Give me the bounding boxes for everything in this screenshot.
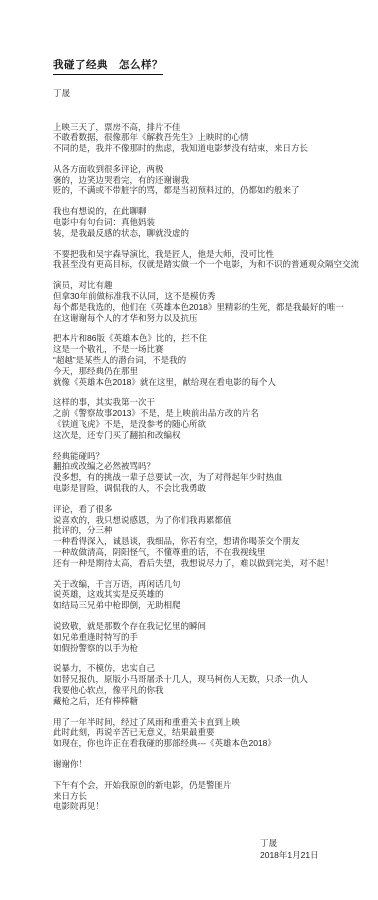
paragraph-line: 这次是，还专门买了翻拍和改编权 (53, 430, 370, 441)
paragraph-line: 把本片和86版《英雄本色》比的，拦不住 (53, 333, 370, 344)
paragraph-line: 《铁道飞虎》不是，是没参考的随心所欲 (53, 419, 370, 430)
paragraph-line: 一种故做清高，阴阳怪气，不懂尊重的话，不在我视线里 (53, 547, 370, 558)
paragraph-line: 电影院再见！ (53, 801, 370, 812)
paragraph: 把本片和86版《英雄本色》比的，拦不住这是一个敬礼，不是一场比赛“超越”是某些人… (53, 333, 370, 397)
paragraph-line: 说英雄，这戏其实是反英雄的 (53, 589, 370, 600)
paragraph-line: 每个都是我选的，他们在《英雄本色2018》里精彩的生死，都是我最好的唯一 (53, 302, 370, 313)
paragraph: 上映三天了，票房不高，排片不佳不敢看数据，很像那年《解救吾先生》上映时的心情不同… (53, 122, 370, 164)
paragraph: 评论，看了很多说喜欢的，我只想说感恩，为了你们我再累都值批评的，分三种一种看得深… (53, 504, 370, 579)
paragraph-line: 来日方长 (53, 791, 370, 802)
paragraph-line: 装，是我最反感的状态，聊就没虚的 (53, 228, 370, 239)
paragraph-line: 还有一种是期待太高，看后失望，我想说尽力了，难以做到完美，对不起！ (53, 558, 370, 569)
paragraph-line: 我甚至没有更高目标，仅就是踏实做一个一个电影，为和不识的普通观众隔空交流 (53, 259, 370, 270)
paragraph-line: 经典能碰吗？ (53, 451, 370, 462)
paragraph-line: 我要他心软点，像平凡的你我 (53, 685, 370, 696)
paragraph-line: 不同的是，我并不像那时的焦虑，我知道电影梦没有结束，来日方长 (53, 143, 370, 154)
paragraph-line: 谢谢你！ (53, 759, 370, 770)
signature-block: 丁晟 2018年1月21日 (260, 838, 370, 861)
paragraph-line: 今天，那经典仍在那里 (53, 366, 370, 377)
paragraph-line: 如假扮警察的以手为枪 (53, 643, 370, 654)
paragraph-line: 关于改编，千言万语，再闲话几句 (53, 579, 370, 590)
paragraph-line: 此时此刻，再说辛苦已无意义，结果最重要 (53, 727, 370, 738)
signature-name: 丁晟 (260, 838, 370, 850)
paragraph: 从各方面收到很多评论，两极褒的，边笑边哭看完，有的还谢谢我贬的，不满或不带脏字的… (53, 164, 370, 206)
paragraph: 演员，对比有趣但拿30年前做标准我不认同，这不是模仿秀每个都是我选的，他们在《英… (53, 280, 370, 333)
paragraph-line: 评论，看了很多 (53, 504, 370, 515)
paragraph-line: 说喜欢的，我只想说感恩，为了你们我再累都值 (53, 515, 370, 526)
paragraph-line: 但拿30年前做标准我不认同，这不是模仿秀 (53, 291, 370, 302)
letter-title: 我碰了经典 怎么样？ (53, 59, 163, 75)
signature-date: 2018年1月21日 (260, 850, 370, 862)
paragraph-line: 不敢看数据，很像那年《解救吾先生》上映时的心情 (53, 132, 370, 143)
letter-author: 丁晟 (53, 88, 370, 99)
paragraph-line: 演员，对比有趣 (53, 280, 370, 291)
paragraph-line: 在这谢谢每个人的才华和努力以及抗压 (53, 313, 370, 324)
paragraph-line: 用了一年半时间，经过了风雨和重重关卡直到上映 (53, 717, 370, 728)
paragraph: 说致敬，就是那数个存在我记忆里的瞬间如兄弟重逢时特写的手如假扮警察的以手为枪 (53, 621, 370, 663)
paragraph: 下午有个会，开始我原创的新电影，仍是警匪片来日方长电影院再见！ (53, 780, 370, 822)
paragraph-line: 这是一个敬礼，不是一场比赛 (53, 344, 370, 355)
paragraph: 关于改编，千言万语，再闲话几句说英雄，这戏其实是反英雄的如结局三兄弟中枪即倒，无… (53, 579, 370, 621)
paragraph-line: 我也有想说的，在此聊聊 (53, 206, 370, 217)
paragraph-line: 如替兄报仇，原版小马哥屠杀十几人，现马柯伤人无数，只杀一仇人 (53, 674, 370, 685)
paragraph-line: 之前《警察故事2013》不是，是上映前出品方改的片名 (53, 408, 370, 419)
paragraph-line: 从各方面收到很多评论，两极 (53, 164, 370, 175)
paragraph-line: 不要把我和吴宇森导演比，我是匠人，他是大师，没可比性 (53, 249, 370, 260)
paragraph-line: 下午有个会，开始我原创的新电影，仍是警匪片 (53, 780, 370, 791)
paragraph-line: 这样的事，其实我第一次干 (53, 397, 370, 408)
paragraph-line: 批评的，分三种 (53, 525, 370, 536)
letter-page: 我碰了经典 怎么样？ 丁晟 上映三天了，票房不高，排片不佳不敢看数据，很像那年《… (0, 0, 378, 900)
paragraph-line: 翻拍或改编之必然被骂吗？ (53, 461, 370, 472)
paragraph-line: 说致敬，就是那数个存在我记忆里的瞬间 (53, 621, 370, 632)
paragraph: 经典能碰吗？翻拍或改编之必然被骂吗？没多想，有的挑战一辈子总要试一次，为了对得起… (53, 451, 370, 504)
paragraph: 用了一年半时间，经过了风雨和重重关卡直到上映此时此刻，再说辛苦已无意义，结果最重… (53, 717, 370, 759)
paragraph-line: 褒的，边笑边哭看完，有的还谢谢我 (53, 175, 370, 186)
letter-body: 上映三天了，票房不高，排片不佳不敢看数据，很像那年《解救吾先生》上映时的心情不同… (53, 122, 370, 823)
paragraph-line: 如现在，你也许正在看我碰的那部经典---《英雄本色2018》 (53, 738, 370, 749)
paragraph-line: 上映三天了，票房不高，排片不佳 (53, 122, 370, 133)
paragraph-line: 如结局三兄弟中枪即倒，无助相爬 (53, 600, 370, 611)
paragraph-line: 说暴力，不模仿，忠实自己 (53, 663, 370, 674)
paragraph-line: 一种看得深入，诚恳谈，我细品，你若有空，想请你喝茶交个朋友 (53, 536, 370, 547)
paragraph: 这样的事，其实我第一次干之前《警察故事2013》不是，是上映前出品方改的片名《铁… (53, 397, 370, 450)
paragraph: 不要把我和吴宇森导演比，我是匠人，他是大师，没可比性我甚至没有更高目标，仅就是踏… (53, 249, 370, 281)
paragraph: 我也有想说的，在此聊聊电影中有句台词：真他妈装装，是我最反感的状态，聊就没虚的 (53, 206, 370, 248)
paragraph: 说暴力，不模仿，忠实自己如替兄报仇，原版小马哥屠杀十几人，现马柯伤人无数，只杀一… (53, 663, 370, 716)
paragraph-line: 没多想，有的挑战一辈子总要试一次，为了对得起年少时热血 (53, 472, 370, 483)
paragraph-line: 贬的，不满或不带脏字的骂，都是当初预料过的，仍都如约般来了 (53, 185, 370, 196)
paragraph-line: 电影是冒险，调侃我的人，不会比我勇敢 (53, 483, 370, 494)
paragraph-line: “超越”是某些人的潜台词，不是我的 (53, 355, 370, 366)
paragraph: 谢谢你！ (53, 759, 370, 780)
paragraph-line: 电影中有句台词：真他妈装 (53, 217, 370, 228)
paragraph-line: 就像《英雄本色2018》就在这里，献给现在看电影的每个人 (53, 377, 370, 388)
paragraph-line: 藏枪之后，还有棒棒糖 (53, 696, 370, 707)
paragraph-line: 如兄弟重逢时特写的手 (53, 632, 370, 643)
